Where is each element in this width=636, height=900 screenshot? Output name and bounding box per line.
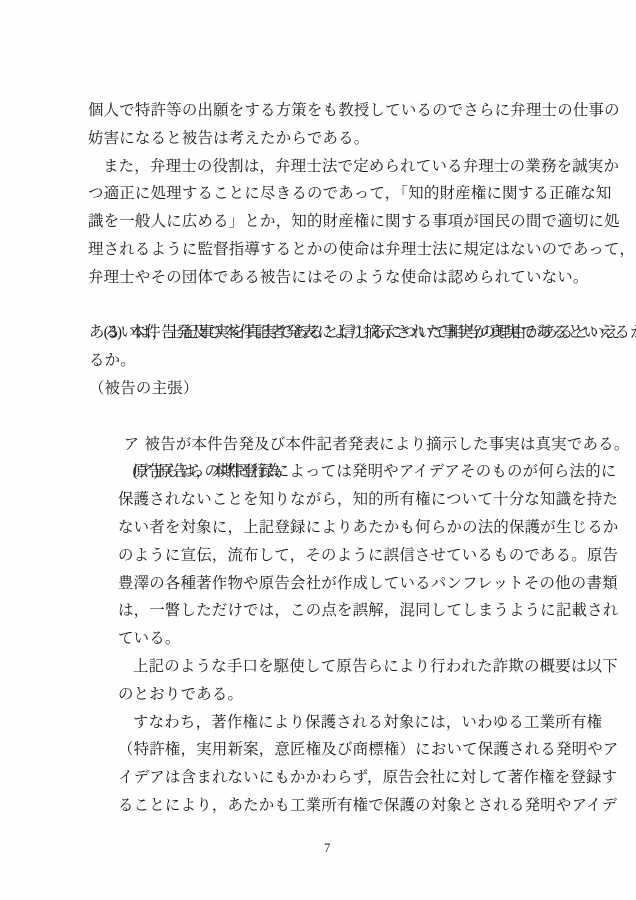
- text-line: のとおりである。: [0, 681, 636, 709]
- text-line: 理されるように監督指導するとかの使命は弁理士法に規定はないのであって，: [0, 236, 636, 264]
- text-line: るか。: [0, 347, 636, 375]
- page-number: 7: [324, 841, 330, 856]
- text-line: 弁理士やその団体である被告にはそのような使命は認められていない。: [0, 264, 636, 292]
- text-line: は，一瞥しただけでは，この点を誤解，混同してしまうように記載され: [0, 597, 636, 625]
- text-line: ている。: [0, 625, 636, 653]
- text-line: 豊澤の各種著作物や原告会社が作成しているパンフレットその他の書類: [0, 570, 636, 598]
- text-line: ることにより，あたかも工業所有権で保護の対象とされる発明やアイデ: [0, 792, 636, 820]
- text-line: 上記のような手口を駆使して原告らにより行われた詐欺の概要は以下: [0, 653, 636, 681]
- text-line: ない者を対象に，上記登録によりあたかも何らかの法的保護が生じるか: [0, 514, 636, 542]
- text-line-item-a: ア被告が本件告発及び本件記者発表により摘示した事実は真実である。: [0, 403, 636, 431]
- text-line: 妨害になると被告は考えたからである。: [0, 125, 636, 153]
- text-line-item-3: (3)本件告発及び本件記者発表により摘示された事実が真実であるといえるか，: [0, 292, 636, 320]
- text-line: （特許権，実用新案，意匠権及び商標権）において保護される発明やア: [0, 736, 636, 764]
- text-line-defendant-claim-heading: （被告の主張）: [0, 375, 636, 403]
- text-line: 原告らは，本件登録によっては発明やアイデアそのものが何ら法的に: [0, 458, 636, 486]
- text-line: すなわち，著作権により保護される対象には，いわゆる工業所有権: [0, 709, 636, 737]
- item-marker: ア: [124, 431, 145, 459]
- text-line: のように宣伝，流布して，そのように誤信させているものである。原告: [0, 542, 636, 570]
- document-text-block: 個人で特許等の出願をする方策をも教授しているのでさらに弁理士の仕事の 妨害になる…: [0, 97, 636, 820]
- text-line: 保護されないことを知りながら，知的所有権について十分な知識を持た: [0, 486, 636, 514]
- text-line: イデアは含まれないにもかかわらず，原告会社に対して著作権を登録す: [0, 764, 636, 792]
- text-line: あるいは，上記事実を真実であると信じるについて相当の理由があるといえ: [0, 319, 636, 347]
- text-line: つ適正に処理することに尽きるのであって，「知的財産権に関する正確な知: [0, 180, 636, 208]
- document-page: 個人で特許等の出願をする方策をも教授しているのでさらに弁理士の仕事の 妨害になる…: [0, 0, 636, 900]
- text-line: また，弁理士の役割は，弁理士法で定められている弁理士の業務を誠実か: [0, 153, 636, 181]
- item-text: 被告が本件告発及び本件記者発表により摘示した事実は真実である。: [145, 436, 630, 453]
- text-line: 個人で特許等の出願をする方策をも教授しているのでさらに弁理士の仕事の: [0, 97, 636, 125]
- text-line: 識を一般人に広める」とか，知的財産権に関する事項が国民の間で適切に処: [0, 208, 636, 236]
